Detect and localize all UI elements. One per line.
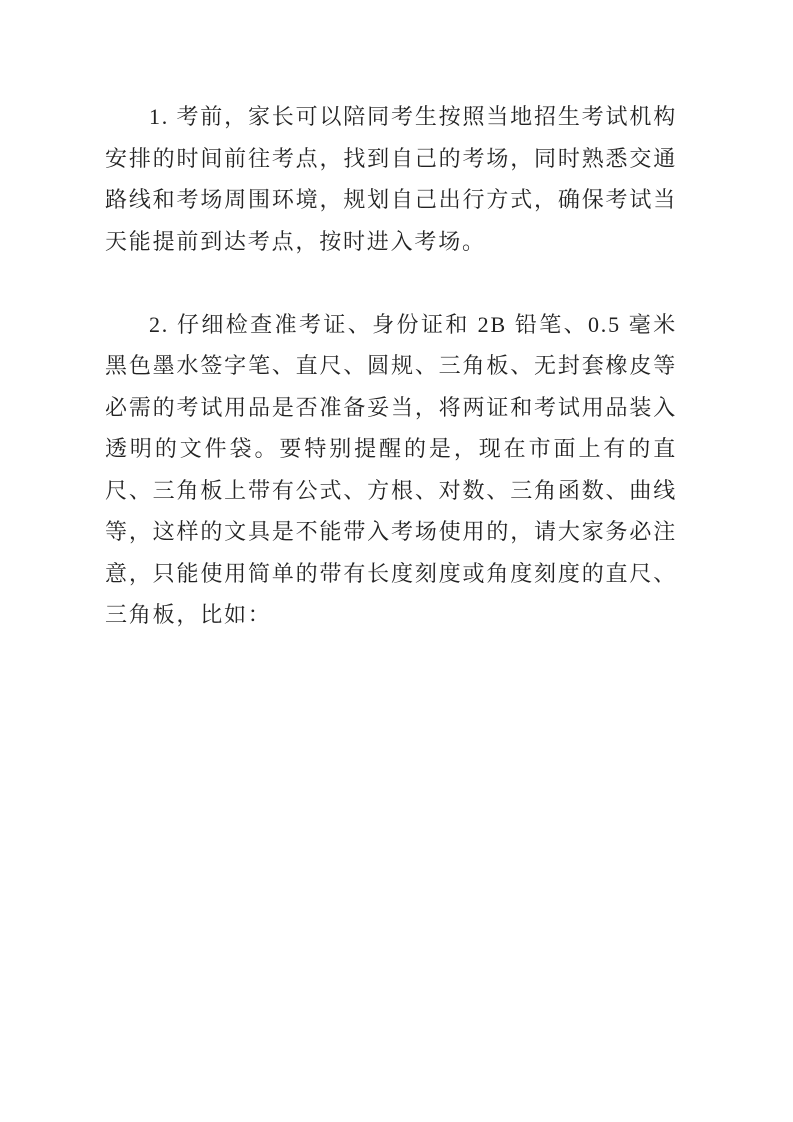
paragraph-exam-site-advice: 1. 考前，家长可以陪同考生按照当地招生考试机构安排的时间前往考点，找到自己的考… (105, 96, 677, 262)
document-page: 1. 考前，家长可以陪同考生按照当地招生考试机构安排的时间前往考点，找到自己的考… (0, 0, 793, 1122)
document-text-block: 1. 考前，家长可以陪同考生按照当地招生考试机构安排的时间前往考点，找到自己的考… (105, 96, 677, 636)
paragraph-exam-supplies-advice: 2. 仔细检查准考证、身份证和 2B 铅笔、0.5 毫米黑色墨水签字笔、直尺、圆… (105, 304, 677, 636)
